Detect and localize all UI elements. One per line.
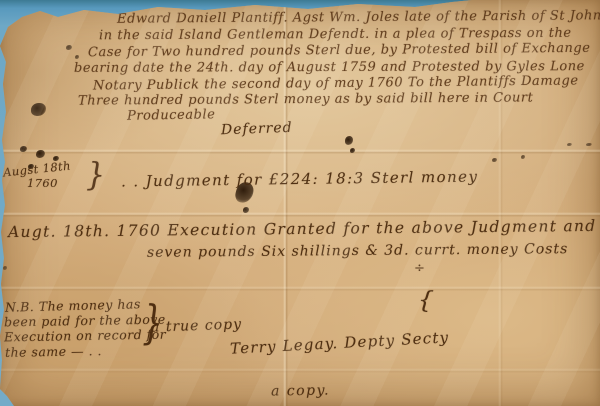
manuscript-paper: Edward Daniell Plantiff. Agst Wm. Joles … (0, 0, 600, 406)
photo-backdrop: Edward Daniell Plantiff. Agst Wm. Joles … (0, 0, 600, 406)
archive-watermark-texture (0, 0, 600, 406)
